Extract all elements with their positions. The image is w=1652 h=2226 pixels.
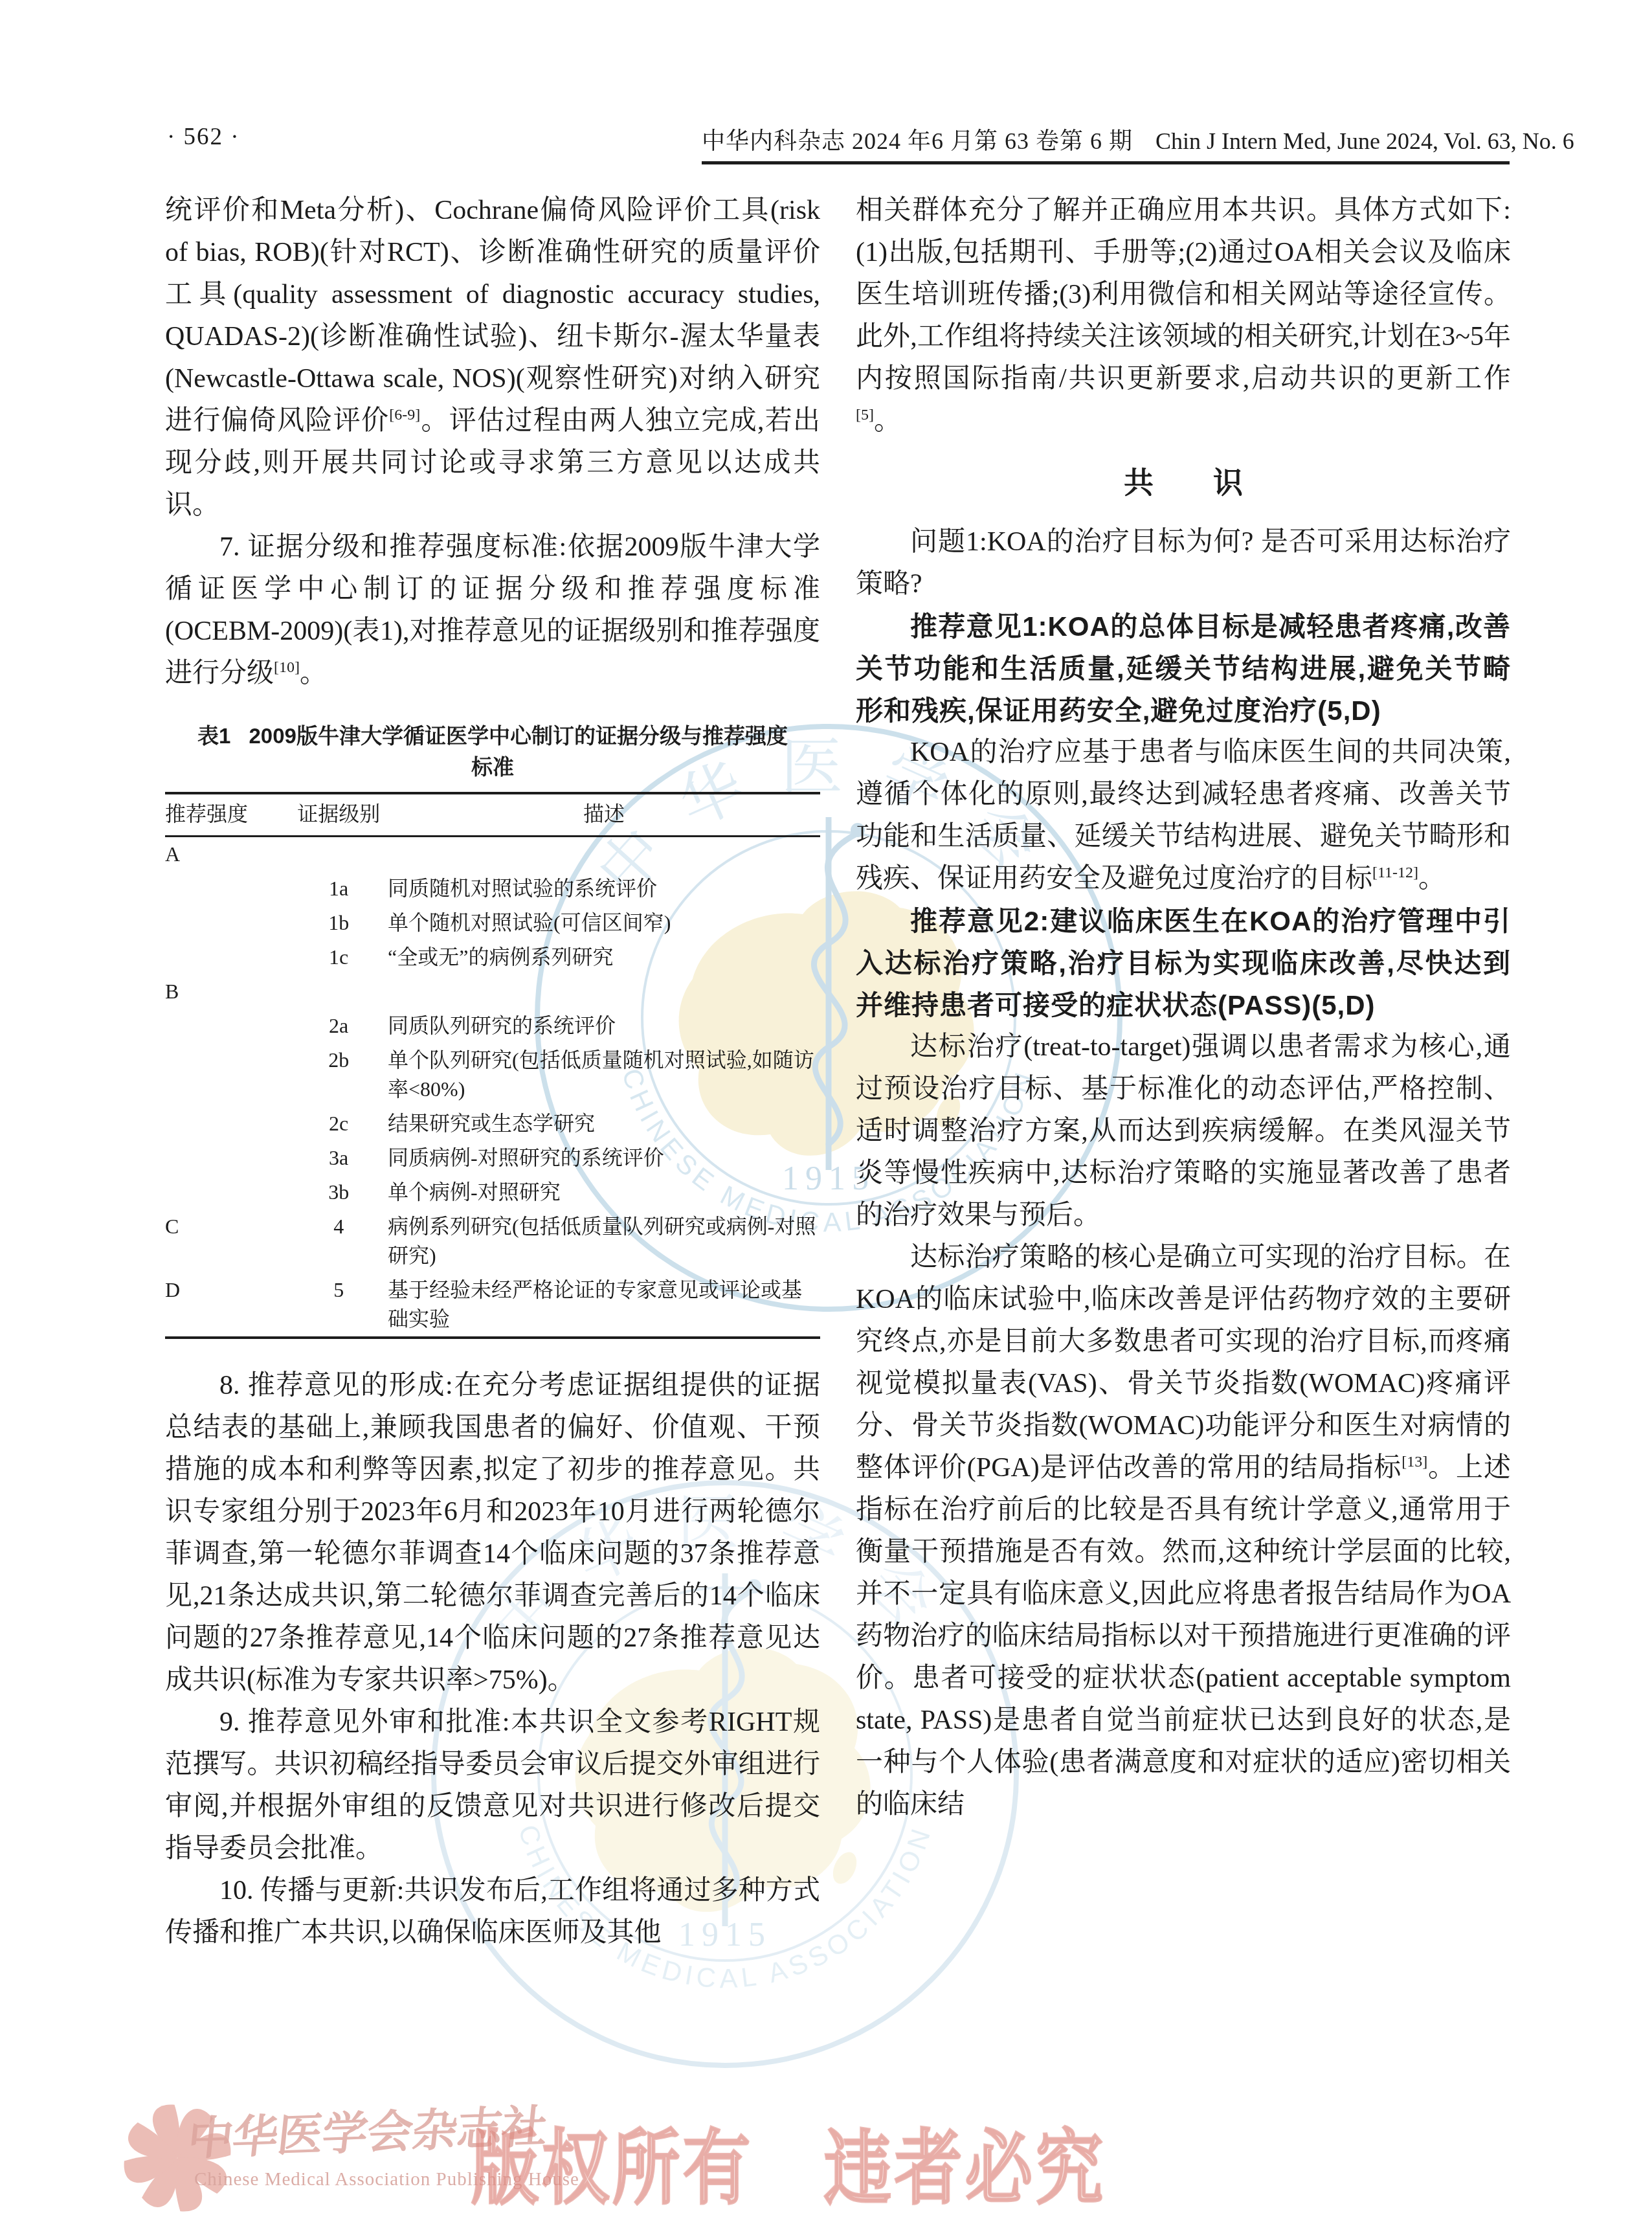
right-paragraphs-top: 相关群体充分了解并正确应用本共识。具体方式如下:(1)出版,包括期刊、手册等;(… bbox=[856, 190, 1511, 442]
para-recommendation-2: 推荐意见2:建议临床医生在KOA的治疗管理中引入达标治疗策略,治疗目标为实现临床… bbox=[856, 900, 1511, 1026]
copyright-watermark: 版权所有 违者必究 bbox=[471, 2103, 1106, 2220]
table-row: 3a同质病例-对照研究的系统评价 bbox=[165, 1141, 820, 1175]
table-row: 1a同质随机对照试验的系统评价 bbox=[165, 871, 820, 906]
para-treat-to-target: 达标治疗(treat-to-target)强调以患者需求为核心,通过预设治疗目标… bbox=[856, 1026, 1511, 1237]
desc-cell: 单个病例-对照研究 bbox=[388, 1175, 820, 1209]
desc-cell: 单个队列研究(包括低质量随机对照试验,如随访率<80%) bbox=[388, 1043, 820, 1107]
strength-cell: A bbox=[165, 837, 289, 872]
level-cell: 1c bbox=[289, 940, 388, 974]
desc-cell: 结果研究或生态学研究 bbox=[388, 1107, 820, 1141]
table-body: A1a同质随机对照试验的系统评价1b单个随机对照试验(可信区间窄)1c“全或无”… bbox=[165, 837, 820, 1338]
evidence-grading-table: 推荐强度 证据级别 描述 A1a同质随机对照试验的系统评价1b单个随机对照试验(… bbox=[165, 792, 820, 1339]
table-row: B bbox=[165, 974, 820, 1009]
table-row: 2c结果研究或生态学研究 bbox=[165, 1107, 820, 1141]
strength-cell bbox=[165, 1175, 289, 1209]
desc-cell bbox=[388, 837, 820, 872]
para-question-1: 问题1:KOA的治疗目标为何? 是否可采用达标治疗策略? bbox=[856, 521, 1511, 605]
level-cell: 5 bbox=[289, 1273, 388, 1338]
desc-cell: 同质病例-对照研究的系统评价 bbox=[388, 1141, 820, 1175]
header-description: 描述 bbox=[388, 793, 820, 837]
strength-cell bbox=[165, 1043, 289, 1107]
strength-cell bbox=[165, 1009, 289, 1043]
strength-cell bbox=[165, 1141, 289, 1175]
table-row: A bbox=[165, 837, 820, 872]
table-row: D5基于经验未经严格论证的专家意见或评论或基础实验 bbox=[165, 1273, 820, 1338]
table-row: 1b单个随机对照试验(可信区间窄) bbox=[165, 906, 820, 940]
table-row: 3b单个病例-对照研究 bbox=[165, 1175, 820, 1209]
para-koa-treatment: KOA的治疗应基于患者与临床医生间的共同决策,遵循个体化的原则,最终达到减轻患者… bbox=[856, 732, 1511, 900]
level-cell: 2c bbox=[289, 1107, 388, 1141]
desc-cell bbox=[388, 974, 820, 1009]
section-heading-consensus: 共 识 bbox=[856, 463, 1511, 502]
desc-cell: 病例系列研究(包括低质量队列研究或病例-对照研究) bbox=[388, 1209, 820, 1273]
left-paragraphs-before-table: 统评价和Meta分析)、Cochrane偏倚风险评价工具(risk of bia… bbox=[165, 190, 820, 695]
table-row: 2a同质队列研究的系统评价 bbox=[165, 1009, 820, 1043]
level-cell: 1b bbox=[289, 906, 388, 940]
journal-title-en: Chin J Intern Med, June 2024, Vol. 63, N… bbox=[1155, 128, 1574, 154]
level-cell: 3b bbox=[289, 1175, 388, 1209]
strength-cell: B bbox=[165, 974, 289, 1009]
left-paragraphs-after-table: 8. 推荐意见的形成:在充分考虑证据组提供的证据总结表的基础上,兼顾我国患者的偏… bbox=[165, 1365, 820, 1954]
table-caption-text: 2009版牛津大学循证医学中心制订的证据分级与推荐强度标准 bbox=[249, 724, 787, 779]
desc-cell: 同质随机对照试验的系统评价 bbox=[388, 871, 820, 906]
para-treatment-goal: 达标治疗策略的核心是确立可实现的治疗目标。在KOA的临床试验中,临床改善是评估药… bbox=[856, 1237, 1511, 1826]
para-item-7: 7. 证据分级和推荐强度标准:依据2009版牛津大学循证医学中心制订的证据分级和… bbox=[165, 526, 820, 695]
desc-cell: 单个随机对照试验(可信区间窄) bbox=[388, 906, 820, 940]
right-paragraphs-body: 问题1:KOA的治疗目标为何? 是否可采用达标治疗策略?推荐意见1:KOA的总体… bbox=[856, 521, 1511, 1826]
desc-cell: “全或无”的病例系列研究 bbox=[388, 940, 820, 974]
table-header-row: 推荐强度 证据级别 描述 bbox=[165, 793, 820, 837]
header-strength: 推荐强度 bbox=[165, 793, 289, 837]
para-item-8: 8. 推荐意见的形成:在充分考虑证据组提供的证据总结表的基础上,兼顾我国患者的偏… bbox=[165, 1365, 820, 1702]
table-row: 1c“全或无”的病例系列研究 bbox=[165, 940, 820, 974]
strength-cell: D bbox=[165, 1273, 289, 1338]
header-rule bbox=[702, 161, 1510, 164]
level-cell: 4 bbox=[289, 1209, 388, 1273]
level-cell: 2b bbox=[289, 1043, 388, 1107]
strength-cell: C bbox=[165, 1209, 289, 1273]
desc-cell: 同质队列研究的系统评价 bbox=[388, 1009, 820, 1043]
left-column: 统评价和Meta分析)、Cochrane偏倚风险评价工具(risk of bia… bbox=[165, 190, 820, 1954]
para-recommendation-1: 推荐意见1:KOA的总体目标是减轻患者疼痛,改善关节功能和生活质量,延缓关节结构… bbox=[856, 605, 1511, 732]
journal-title-cn: 中华内科杂志 2024 年6 月第 63 卷第 6 期 bbox=[702, 128, 1133, 154]
journal-header: 中华内科杂志 2024 年6 月第 63 卷第 6 期 Chin J Inter… bbox=[702, 123, 1510, 156]
strength-cell bbox=[165, 940, 289, 974]
journal-page: { "header": { "page_number": "· 562 ·", … bbox=[0, 0, 1652, 2226]
para-dissemination-continuation: 相关群体充分了解并正确应用本共识。具体方式如下:(1)出版,包括期刊、手册等;(… bbox=[856, 190, 1511, 442]
para-item-10: 10. 传播与更新:共识发布后,工作组将通过多种方式传播和推广本共识,以确保临床… bbox=[165, 1870, 820, 1954]
para-item-9: 9. 推荐意见外审和批准:本共识全文参考RIGHT规范撰写。共识初稿经指导委员会… bbox=[165, 1702, 820, 1870]
level-cell: 2a bbox=[289, 1009, 388, 1043]
para-methods-continuation: 统评价和Meta分析)、Cochrane偏倚风险评价工具(risk of bia… bbox=[165, 190, 820, 526]
header-evidence-level: 证据级别 bbox=[289, 793, 388, 837]
strength-cell bbox=[165, 871, 289, 906]
level-cell: 1a bbox=[289, 871, 388, 906]
right-column: 相关群体充分了解并正确应用本共识。具体方式如下:(1)出版,包括期刊、手册等;(… bbox=[856, 190, 1511, 1826]
desc-cell: 基于经验未经严格论证的专家意见或评论或基础实验 bbox=[388, 1273, 820, 1338]
strength-cell bbox=[165, 906, 289, 940]
level-cell bbox=[289, 974, 388, 1009]
table-row: 2b单个队列研究(包括低质量随机对照试验,如随访率<80%) bbox=[165, 1043, 820, 1107]
table-caption-label: 表1 bbox=[197, 724, 230, 748]
table-row: C4病例系列研究(包括低质量队列研究或病例-对照研究) bbox=[165, 1209, 820, 1273]
level-cell: 3a bbox=[289, 1141, 388, 1175]
table-caption: 表12009版牛津大学循证医学中心制订的证据分级与推荐强度标准 bbox=[191, 721, 794, 783]
level-cell bbox=[289, 837, 388, 872]
strength-cell bbox=[165, 1107, 289, 1141]
page-number: · 562 · bbox=[167, 123, 240, 151]
